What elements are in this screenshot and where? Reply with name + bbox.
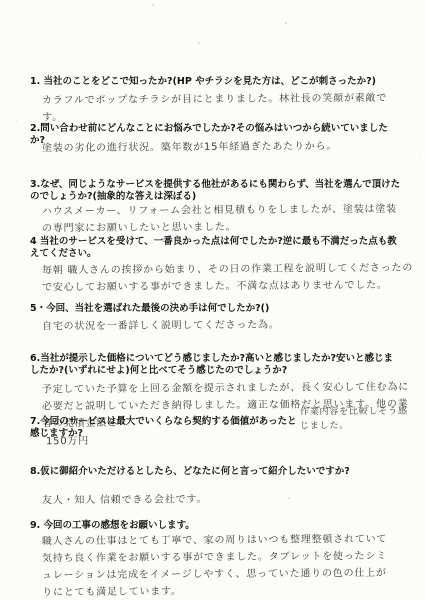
answer-9-handwritten: 職人さんの仕事はとても丁寧で、家の周りはいつも整理整頓されていて気持ち良く作業を… <box>42 531 394 600</box>
scan-speckle <box>198 42 200 44</box>
survey-scan-page: 1. 当社のことをどこで知ったか?(HP やチラシを見た方は、どこが刺さったか?… <box>0 0 425 600</box>
scan-speckle <box>16 120 17 121</box>
answer-3-handwritten: ハウスメーカー、リフォーム会社と相見積もりをしましたが、塗装は塗装の専門家にお願… <box>42 201 404 238</box>
question-6-text: 6.当社が提示した価格についてどう感じましたか?高いと感じましたか?安いと感じま… <box>30 353 402 378</box>
question-4-text: 4 当社のサービスを受けて、一番良かった点は何でしたか?逆に最も不満だった点も教… <box>30 236 402 261</box>
answer-7-handwritten: 150万円 <box>46 431 408 451</box>
answer-1-handwritten: カラフルでポップなチラシが目にとまりました。林社長の笑顔が素敵です。 <box>42 90 404 127</box>
answer-2-handwritten: 塗装の劣化の進行状況。築年数が15年経過ぎたあたりから。 <box>42 138 342 157</box>
question-1-text: 1. 当社のことをどこで知ったか?(HP やチラシを見た方は、どこが刺さったか?… <box>30 76 402 88</box>
question-8-text: 8.仮に御紹介いただけるとしたら、どなたに何と言って紹介したいですか? <box>30 466 370 478</box>
scan-speckle <box>152 4 154 6</box>
answer-4-handwritten: 毎朝 職人さんの挨拶から始まり、その日の作業工程を説明してくださったので安心して… <box>42 260 414 297</box>
scan-speckle <box>420 158 421 159</box>
answer-8-handwritten: 友人・知人 信頼できる会社です。 <box>42 490 404 510</box>
question-5-text: 5・今回、当社を選ばれた最後の決め手は何でしたか?() <box>30 303 402 315</box>
answer-5-handwritten: 自宅の状況を一番詳しく説明してくださった為。 <box>42 316 404 336</box>
question-3-text: 3.なぜ、同じようなサービスを提供する他社があるにも関わらず、当社を選んで頂けた… <box>30 179 402 204</box>
scan-speckle <box>285 22 287 24</box>
